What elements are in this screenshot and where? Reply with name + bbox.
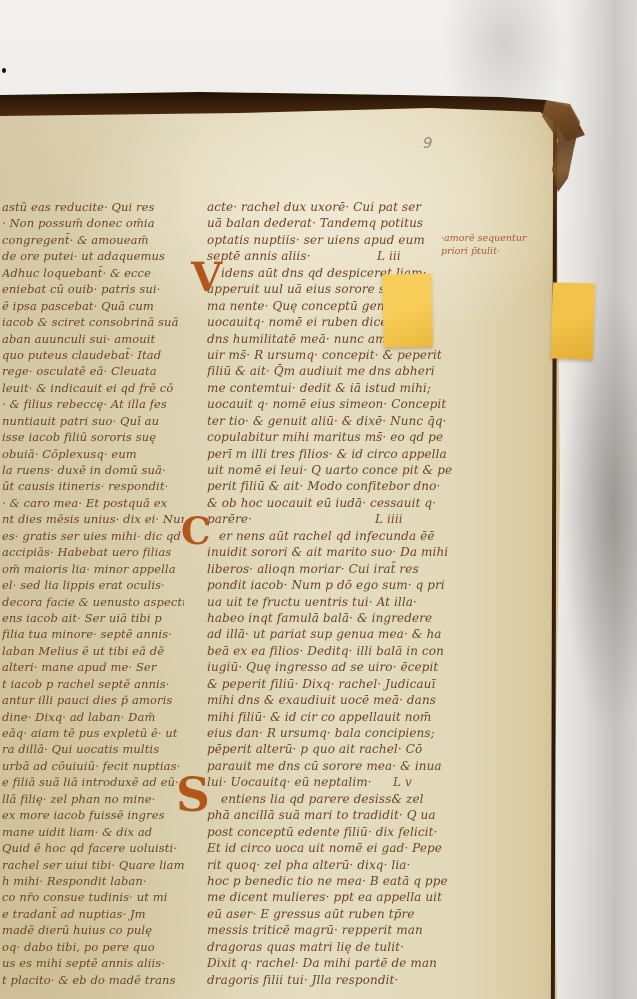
- left-text-column: astū eas reducite· Qui res· Non possum̄ …: [2, 199, 184, 988]
- manuscript-line: septē annis aliis·L iii: [207, 248, 455, 264]
- manuscript-line-text: de ore putei· ut adaquemus: [2, 249, 165, 263]
- manuscript-line-text: ua uit te fructu uentris tui· At illa·: [207, 595, 417, 609]
- manuscript-line: ē ipsa pascebat· Quā cum: [2, 298, 184, 314]
- manuscript-line: congregent̄· & amoueam̄: [2, 232, 184, 248]
- manuscript-line-text: & ob hoc uocauit eū iudā· cessauit q·: [207, 496, 436, 510]
- manuscript-line: er nens aūt rachel qd infecunda ēē: [207, 528, 455, 544]
- manuscript-line: me dicent mulieres· ppt ea appella uit: [207, 889, 455, 905]
- manuscript-line: antur illi pauci dies p̄ amoris: [2, 692, 184, 708]
- manuscript-line-text: decora facie & uenusto aspectu·: [2, 595, 184, 609]
- illuminated-initial-s: S: [176, 772, 210, 819]
- manuscript-line-text: ē ipsa pascebat· Quā cum: [2, 299, 154, 313]
- manuscript-line-text: phā ancillā suā mari to tradidit· Q ua: [207, 808, 436, 822]
- manuscript-line-text: nuntiauit patri suo· Quī au: [2, 414, 159, 428]
- manuscript-line-text: madē dierū huius co pulę: [2, 923, 152, 937]
- manuscript-line-text: dragoras quas matri lię de tulit·: [207, 940, 404, 954]
- manuscript-line: pondit iacob· Num p dō ego sum· q pri: [207, 577, 455, 593]
- manuscript-line-text: alteri· mane apud me· Ser: [2, 660, 156, 674]
- manuscript-line: messis triticē magrū· repperit man: [207, 922, 455, 938]
- manuscript-line-text: mihi filiū· & id cir co appellauit nom̄: [207, 710, 431, 724]
- manuscript-line: · Non possum̄ donec om̄ia: [2, 215, 184, 231]
- manuscript-line: phā ancillā suā mari to tradidit· Q ua: [207, 807, 455, 823]
- manuscript-line: h mihi· Respondit laban·: [2, 873, 184, 889]
- manuscript-line: · & caro mea· Et postquā ex: [2, 495, 184, 511]
- manuscript-line-text: Quid ē hoc qd facere uoluisti·: [2, 841, 177, 855]
- manuscript-line: acte· rachel dux uxorē· Cui pat ser: [207, 199, 455, 215]
- manuscript-line-text: liberos· alioqn moriar· Cui irat̄ res: [207, 562, 419, 576]
- manuscript-line-text: Dixit q· rachel· Da mihi partē de man: [207, 956, 437, 970]
- manuscript-line-text: beā ex ea filios· Deditq· illi balā in c…: [207, 644, 444, 658]
- manuscript-line-text: hoc p benedic tio ne mea· B eatā q ppe: [207, 874, 448, 888]
- manuscript-line-text: eāq· aiam tē pus expletū ē· ut: [2, 726, 178, 740]
- manuscript-line-text: eius dan· R ursumq· bala concipiens;: [207, 726, 435, 740]
- manuscript-line-text: · & caro mea· Et postquā ex: [2, 496, 167, 510]
- manuscript-line-text: filiū & ait· Q̄m audiuit me dns abheri: [207, 364, 435, 378]
- manuscript-line-text: accipiās· Habebat uero filias: [2, 545, 171, 559]
- manuscript-line: dine· Dixq· ad laban· Dam̄: [2, 709, 184, 725]
- manuscript-line: mihi dns & exaudiuit uocē meā· dans: [207, 692, 455, 708]
- manuscript-line-text: entiens lia qd parere desiss& zel: [207, 792, 424, 806]
- manuscript-line-text: mane uidit liam· & dix ad: [2, 825, 152, 839]
- manuscript-line: & peperit filiū· Dixq· rachel· Judicauī: [207, 676, 455, 692]
- manuscript-line: e tradant̄ ad nuptias· Jm: [2, 906, 184, 922]
- manuscript-line-text: om̄ maioris lia· minor appella: [2, 562, 176, 576]
- manuscript-line-text: filia tua minore· septē annis·: [2, 627, 172, 641]
- manuscript-line: & ob hoc uocauit eū iudā· cessauit q·: [207, 495, 455, 511]
- manuscript-line-text: uocauit q· nomē eius simeon· Concepit: [207, 397, 446, 411]
- manuscript-line-text: el· sed lia lippis erat oculis·: [2, 578, 165, 592]
- manuscript-line-text: e tradant̄ ad nuptias· Jm: [2, 907, 146, 921]
- manuscript-line: rit quoq· zel pha alterū· dixq· lia·: [207, 857, 455, 873]
- manuscript-line-text: uit nomē ei leui· Q uarto conce pit & pe: [207, 463, 452, 477]
- marginal-gloss: ·amorē sequentur priori p̄tulit·: [441, 233, 527, 258]
- manuscript-line: dragoras quas matri lię de tulit·: [207, 939, 455, 955]
- manuscript-line-text: e filiā suā liā introduxē ad eū·: [2, 775, 179, 789]
- manuscript-line-text: acte· rachel dux uxorē· Cui pat ser: [207, 200, 421, 214]
- manuscript-line: ūt causis itineris· respondit·: [2, 478, 184, 494]
- manuscript-line-text: t iacob p rachel septē annis·: [2, 677, 170, 691]
- chapter-numeral: L iiii: [375, 511, 403, 527]
- chapter-numeral: L iii: [377, 248, 401, 264]
- manuscript-line: perī m illi tres filios· & id circo appe…: [207, 446, 455, 462]
- manuscript-line: iacob & sciret consobrinā suā: [2, 314, 184, 330]
- manuscript-line-text: obuiā· Cōplexusq· eum: [2, 447, 137, 461]
- manuscript-line: laban Melius ē ut tibi eā dē: [2, 643, 184, 659]
- manuscript-line-text: aban auunculi sui· amouit: [2, 332, 155, 346]
- manuscript-line-text: iacob & sciret consobrinā suā: [2, 315, 179, 329]
- manuscript-line: astū eas reducite· Qui res: [2, 199, 184, 215]
- manuscript-line: uocauit q· nomē eius simeon· Concepit: [207, 396, 455, 412]
- manuscript-line-text: messis triticē magrū· repperit man: [207, 923, 423, 937]
- manuscript-line-text: apperuit uul uā eius sorore steri: [207, 282, 407, 296]
- manuscript-line: leuit· & indicauit ei qd frē cō: [2, 380, 184, 396]
- manuscript-line: eū aser· E gressus aūt ruben tp̄re: [207, 906, 455, 922]
- manuscript-line: Quid ē hoc qd facere uoluisti·: [2, 840, 184, 856]
- manuscript-line: ad illā· ut pariat sup genua mea· & ha: [207, 626, 455, 642]
- manuscript-line-text: leuit· & indicauit ei qd frē cō: [2, 381, 173, 395]
- manuscript-line: Et id circo uoca uit nomē ei gad· Pepe: [207, 840, 455, 856]
- manuscript-line: filia tua minore· septē annis·: [2, 626, 184, 642]
- manuscript-line-text: dine· Dixq· ad laban· Dam̄: [2, 710, 155, 724]
- manuscript-line: entiens lia qd parere desiss& zel: [207, 791, 455, 807]
- marginal-gloss-line1: ·amorē sequentur: [441, 233, 527, 246]
- manuscript-line: ra dillā· Qui uocatis multis: [2, 741, 184, 757]
- manuscript-line: eius dan· R ursumq· bala concipiens;: [207, 725, 455, 741]
- manuscript-line: uir ms̄· R ursumq· concepit· & peperit: [207, 347, 455, 363]
- manuscript-line: uit nomē ei leui· Q uarto conce pit & pe: [207, 462, 455, 478]
- manuscript-line-text: ūt causis itineris· respondit·: [2, 479, 168, 493]
- manuscript-line: isse iacob filiū sororis suę: [2, 429, 184, 445]
- manuscript-line: decora facie & uenusto aspectu·: [2, 594, 184, 610]
- manuscript-line: lui· Uocauitq· eū neptalim·L v: [207, 774, 455, 790]
- manuscript-line-text: nt dies mēsis unius· dix ei· Num: [2, 512, 184, 526]
- manuscript-line: t iacob p rachel septē annis·: [2, 676, 184, 692]
- manuscript-line-text: rachel ser uiui tibi· Quare liam: [2, 858, 184, 872]
- manuscript-line-text: laban Melius ē ut tibi eā dē: [2, 644, 164, 658]
- manuscript-line: co nr̄o consue tudinis· ut mi: [2, 889, 184, 905]
- manuscript-line-text: eniebat cū ouib· patris sui·: [2, 282, 160, 296]
- manuscript-line-text: iugiū· Quę ingresso ad se uiro· ēcepit: [207, 660, 438, 674]
- manuscript-line-text: ad illā· ut pariat sup genua mea· & ha: [207, 627, 442, 641]
- manuscript-line: ua uit te fructu uentris tui· At illa·: [207, 594, 455, 610]
- manuscript-line-text: uocauitq· nomē ei ruben dicens;: [207, 315, 406, 329]
- manuscript-line-text: copulabitur mihi maritus ms̄· eo qd pe: [207, 430, 443, 444]
- manuscript-line: llā filię· zel phan no mine·: [2, 791, 184, 807]
- manuscript-line-text: septē annis aliis·: [207, 249, 311, 263]
- manuscript-line: copulabitur mihi maritus ms̄· eo qd pe: [207, 429, 455, 445]
- manuscript-line: hoc p benedic tio ne mea· B eatā q ppe: [207, 873, 455, 889]
- manuscript-line: t placito· & eb do madē trans: [2, 972, 184, 988]
- manuscript-line-text: congregent̄· & amoueam̄: [2, 233, 149, 247]
- manuscript-photo: astū eas reducite· Qui res· Non possum̄ …: [0, 0, 637, 999]
- manuscript-line: habeo inqt famulā balā· & ingredere: [207, 610, 455, 626]
- manuscript-line-text: pēperit alterū· p quo ait rachel· Cō: [207, 742, 422, 756]
- manuscript-line-text: ex more iacob fuissē ingres: [2, 808, 165, 822]
- manuscript-line-text: ra dillā· Qui uocatis multis: [2, 742, 159, 756]
- manuscript-line-text: astū eas reducite· Qui res: [2, 200, 155, 214]
- manuscript-line: mihi filiū· & id cir co appellauit nom̄: [207, 709, 455, 725]
- manuscript-line-text: urbā ad cōuiuiū· fecit nuptias·: [2, 759, 180, 773]
- manuscript-line: la ruens· duxē in domū suā·: [2, 462, 184, 478]
- manuscript-line: nuntiauit patri suo· Quī au: [2, 413, 184, 429]
- manuscript-line: perit filiū & ait· Modo confitebor dno·: [207, 478, 455, 494]
- manuscript-line: optatis nuptiis· ser uiens apud eum: [207, 232, 455, 248]
- manuscript-line-text: me contemtui· dedit & iā istud mihi;: [207, 381, 431, 395]
- manuscript-line: dragoris filii tui· Jlla respondit·: [207, 972, 455, 988]
- manuscript-line-text: perit filiū & ait· Modo confitebor dno·: [207, 479, 440, 493]
- manuscript-line-text: Adhuc loquebant̄· & ecce: [2, 266, 151, 280]
- manuscript-line: beā ex ea filios· Deditq· illi balā in c…: [207, 643, 455, 659]
- manuscript-line: post conceptū edente filiū· dix felicit·: [207, 824, 455, 840]
- manuscript-line-text: parauit me dns cū sorore mea· & inua: [207, 759, 442, 773]
- manuscript-line-text: t placito· & eb do madē trans: [2, 973, 176, 987]
- manuscript-line-text: parēre·: [207, 512, 252, 526]
- manuscript-line-text: us es mihi septē annis aliis·: [2, 956, 165, 970]
- manuscript-line-text: rege· osculatē eā· Cleuata: [2, 364, 157, 378]
- marginal-gloss-line2: priori p̄tulit·: [441, 246, 527, 259]
- manuscript-line-text: isse iacob filiū sororis suę: [2, 430, 156, 444]
- manuscript-line: aban auunculi sui· amouit: [2, 331, 184, 347]
- manuscript-line: filiū & ait· Q̄m audiuit me dns abheri: [207, 363, 455, 379]
- manuscript-line-text: perī m illi tres filios· & id circo appe…: [207, 447, 447, 461]
- manuscript-line: alteri· mane apud me· Ser: [2, 659, 184, 675]
- manuscript-line: quo puteus claudebat̄· Itad: [2, 347, 184, 363]
- manuscript-line-text: ter tio· & genuit aliū· & dixē· Nunc q̄q…: [207, 414, 447, 428]
- manuscript-line-text: · & filius rebeccę· At illa fes: [2, 397, 167, 411]
- manuscript-line: eāq· aiam tē pus expletū ē· ut: [2, 725, 184, 741]
- manuscript-line-text: optatis nuptiis· ser uiens apud eum: [207, 233, 425, 247]
- manuscript-line: e filiā suā liā introduxē ad eū·: [2, 774, 184, 790]
- manuscript-line: Dixit q· rachel· Da mihi partē de man: [207, 955, 455, 971]
- manuscript-line: accipiās· Habebat uero filias: [2, 544, 184, 560]
- manuscript-line-text: pondit iacob· Num p dō ego sum· q pri: [207, 578, 445, 592]
- manuscript-line: parēre·L iiii: [207, 511, 455, 527]
- manuscript-line-text: uir ms̄· R ursumq· concepit· & peperit: [207, 348, 442, 362]
- manuscript-line-text: rit quoq· zel pha alterū· dixq· lia·: [207, 858, 410, 872]
- manuscript-line-text: oq· dabo tibi, po pere quo: [2, 940, 155, 954]
- manuscript-line-text: co nr̄o consue tudinis· ut mi: [2, 890, 167, 904]
- manuscript-line: Adhuc loquebant̄· & ecce: [2, 265, 184, 281]
- manuscript-line-text: es· gratis ser uies mihi· dic qd: [2, 529, 181, 543]
- manuscript-line-text: la ruens· duxē in domū suā·: [2, 463, 166, 477]
- manuscript-line: nt dies mēsis unius· dix ei· Num: [2, 511, 184, 527]
- illuminated-initial-v: V: [191, 258, 222, 298]
- folio-number: 9: [423, 134, 433, 152]
- manuscript-line-text: uā balan dederat· Tandemq potitus: [207, 216, 423, 230]
- manuscript-line: de ore putei· ut adaquemus: [2, 248, 184, 264]
- manuscript-line-text: llā filię· zel phan no mine·: [2, 792, 155, 806]
- manuscript-line: ter tio· & genuit aliū· & dixē· Nunc q̄q…: [207, 413, 455, 429]
- manuscript-line-text: antur illi pauci dies p̄ amoris: [2, 693, 172, 707]
- yellow-bookmark-tab-2: [551, 282, 595, 359]
- manuscript-line: pēperit alterū· p quo ait rachel· Cō: [207, 741, 455, 757]
- manuscript-line: rachel ser uiui tibi· Quare liam: [2, 857, 184, 873]
- manuscript-line: eniebat cū ouib· patris sui·: [2, 281, 184, 297]
- manuscript-line: parauit me dns cū sorore mea· & inua: [207, 758, 455, 774]
- manuscript-line: ens iacob ait· Ser uiā tibi p: [2, 610, 184, 626]
- manuscript-line-text: & peperit filiū· Dixq· rachel· Judicauī: [207, 677, 435, 691]
- manuscript-line-text: lui· Uocauitq· eū neptalim·: [207, 775, 372, 789]
- manuscript-line: uā balan dederat· Tandemq potitus: [207, 215, 455, 231]
- manuscript-line-text: dns humilitatē meā· nunc amabit: [207, 332, 411, 346]
- manuscript-line: obuiā· Cōplexusq· eum: [2, 446, 184, 462]
- manuscript-line-text: post conceptū edente filiū· dix felicit·: [207, 825, 437, 839]
- manuscript-line-text: er nens aūt rachel qd infecunda ēē: [207, 529, 435, 543]
- manuscript-line: oq· dabo tibi, po pere quo: [2, 939, 184, 955]
- manuscript-line: liberos· alioqn moriar· Cui irat̄ res: [207, 561, 455, 577]
- manuscript-line: mane uidit liam· & dix ad: [2, 824, 184, 840]
- manuscript-line-text: me dicent mulieres· ppt ea appella uit: [207, 890, 442, 904]
- manuscript-line-text: Et id circo uoca uit nomē ei gad· Pepe: [207, 841, 442, 855]
- yellow-bookmark-tab-1: [382, 273, 433, 347]
- manuscript-line: madē dierū huius co pulę: [2, 922, 184, 938]
- manuscript-line-text: inuidit sorori & ait marito suo· Da mihi: [207, 545, 448, 559]
- manuscript-line: me contemtui· dedit & iā istud mihi;: [207, 380, 455, 396]
- manuscript-line: urbā ad cōuiuiū· fecit nuptias·: [2, 758, 184, 774]
- manuscript-line: · & filius rebeccę· At illa fes: [2, 396, 184, 412]
- manuscript-line-text: dragoris filii tui· Jlla respondit·: [207, 973, 398, 987]
- manuscript-line: es· gratis ser uies mihi· dic qd: [2, 528, 184, 544]
- manuscript-line: om̄ maioris lia· minor appella: [2, 561, 184, 577]
- manuscript-line: inuidit sorori & ait marito suo· Da mihi: [207, 544, 455, 560]
- ink-speck: [2, 68, 6, 73]
- manuscript-line: ex more iacob fuissē ingres: [2, 807, 184, 823]
- chapter-numeral: L v: [393, 774, 412, 790]
- manuscript-line-text: · Non possum̄ donec om̄ia: [2, 216, 155, 230]
- manuscript-line-text: habeo inqt famulā balā· & ingredere: [207, 611, 432, 625]
- manuscript-line: iugiū· Quę ingresso ad se uiro· ēcepit: [207, 659, 455, 675]
- illuminated-initial-c: C: [181, 513, 210, 550]
- manuscript-line: us es mihi septē annis aliis·: [2, 955, 184, 971]
- manuscript-line: el· sed lia lippis erat oculis·: [2, 577, 184, 593]
- manuscript-line: rege· osculatē eā· Cleuata: [2, 363, 184, 379]
- manuscript-line-text: h mihi· Respondit laban·: [2, 874, 147, 888]
- manuscript-line-text: quo puteus claudebat̄· Itad: [2, 348, 161, 362]
- manuscript-line-text: eū aser· E gressus aūt ruben tp̄re: [207, 907, 415, 921]
- manuscript-line-text: ens iacob ait· Ser uiā tibi p: [2, 611, 162, 625]
- manuscript-line-text: mihi dns & exaudiuit uocē meā· dans: [207, 693, 436, 707]
